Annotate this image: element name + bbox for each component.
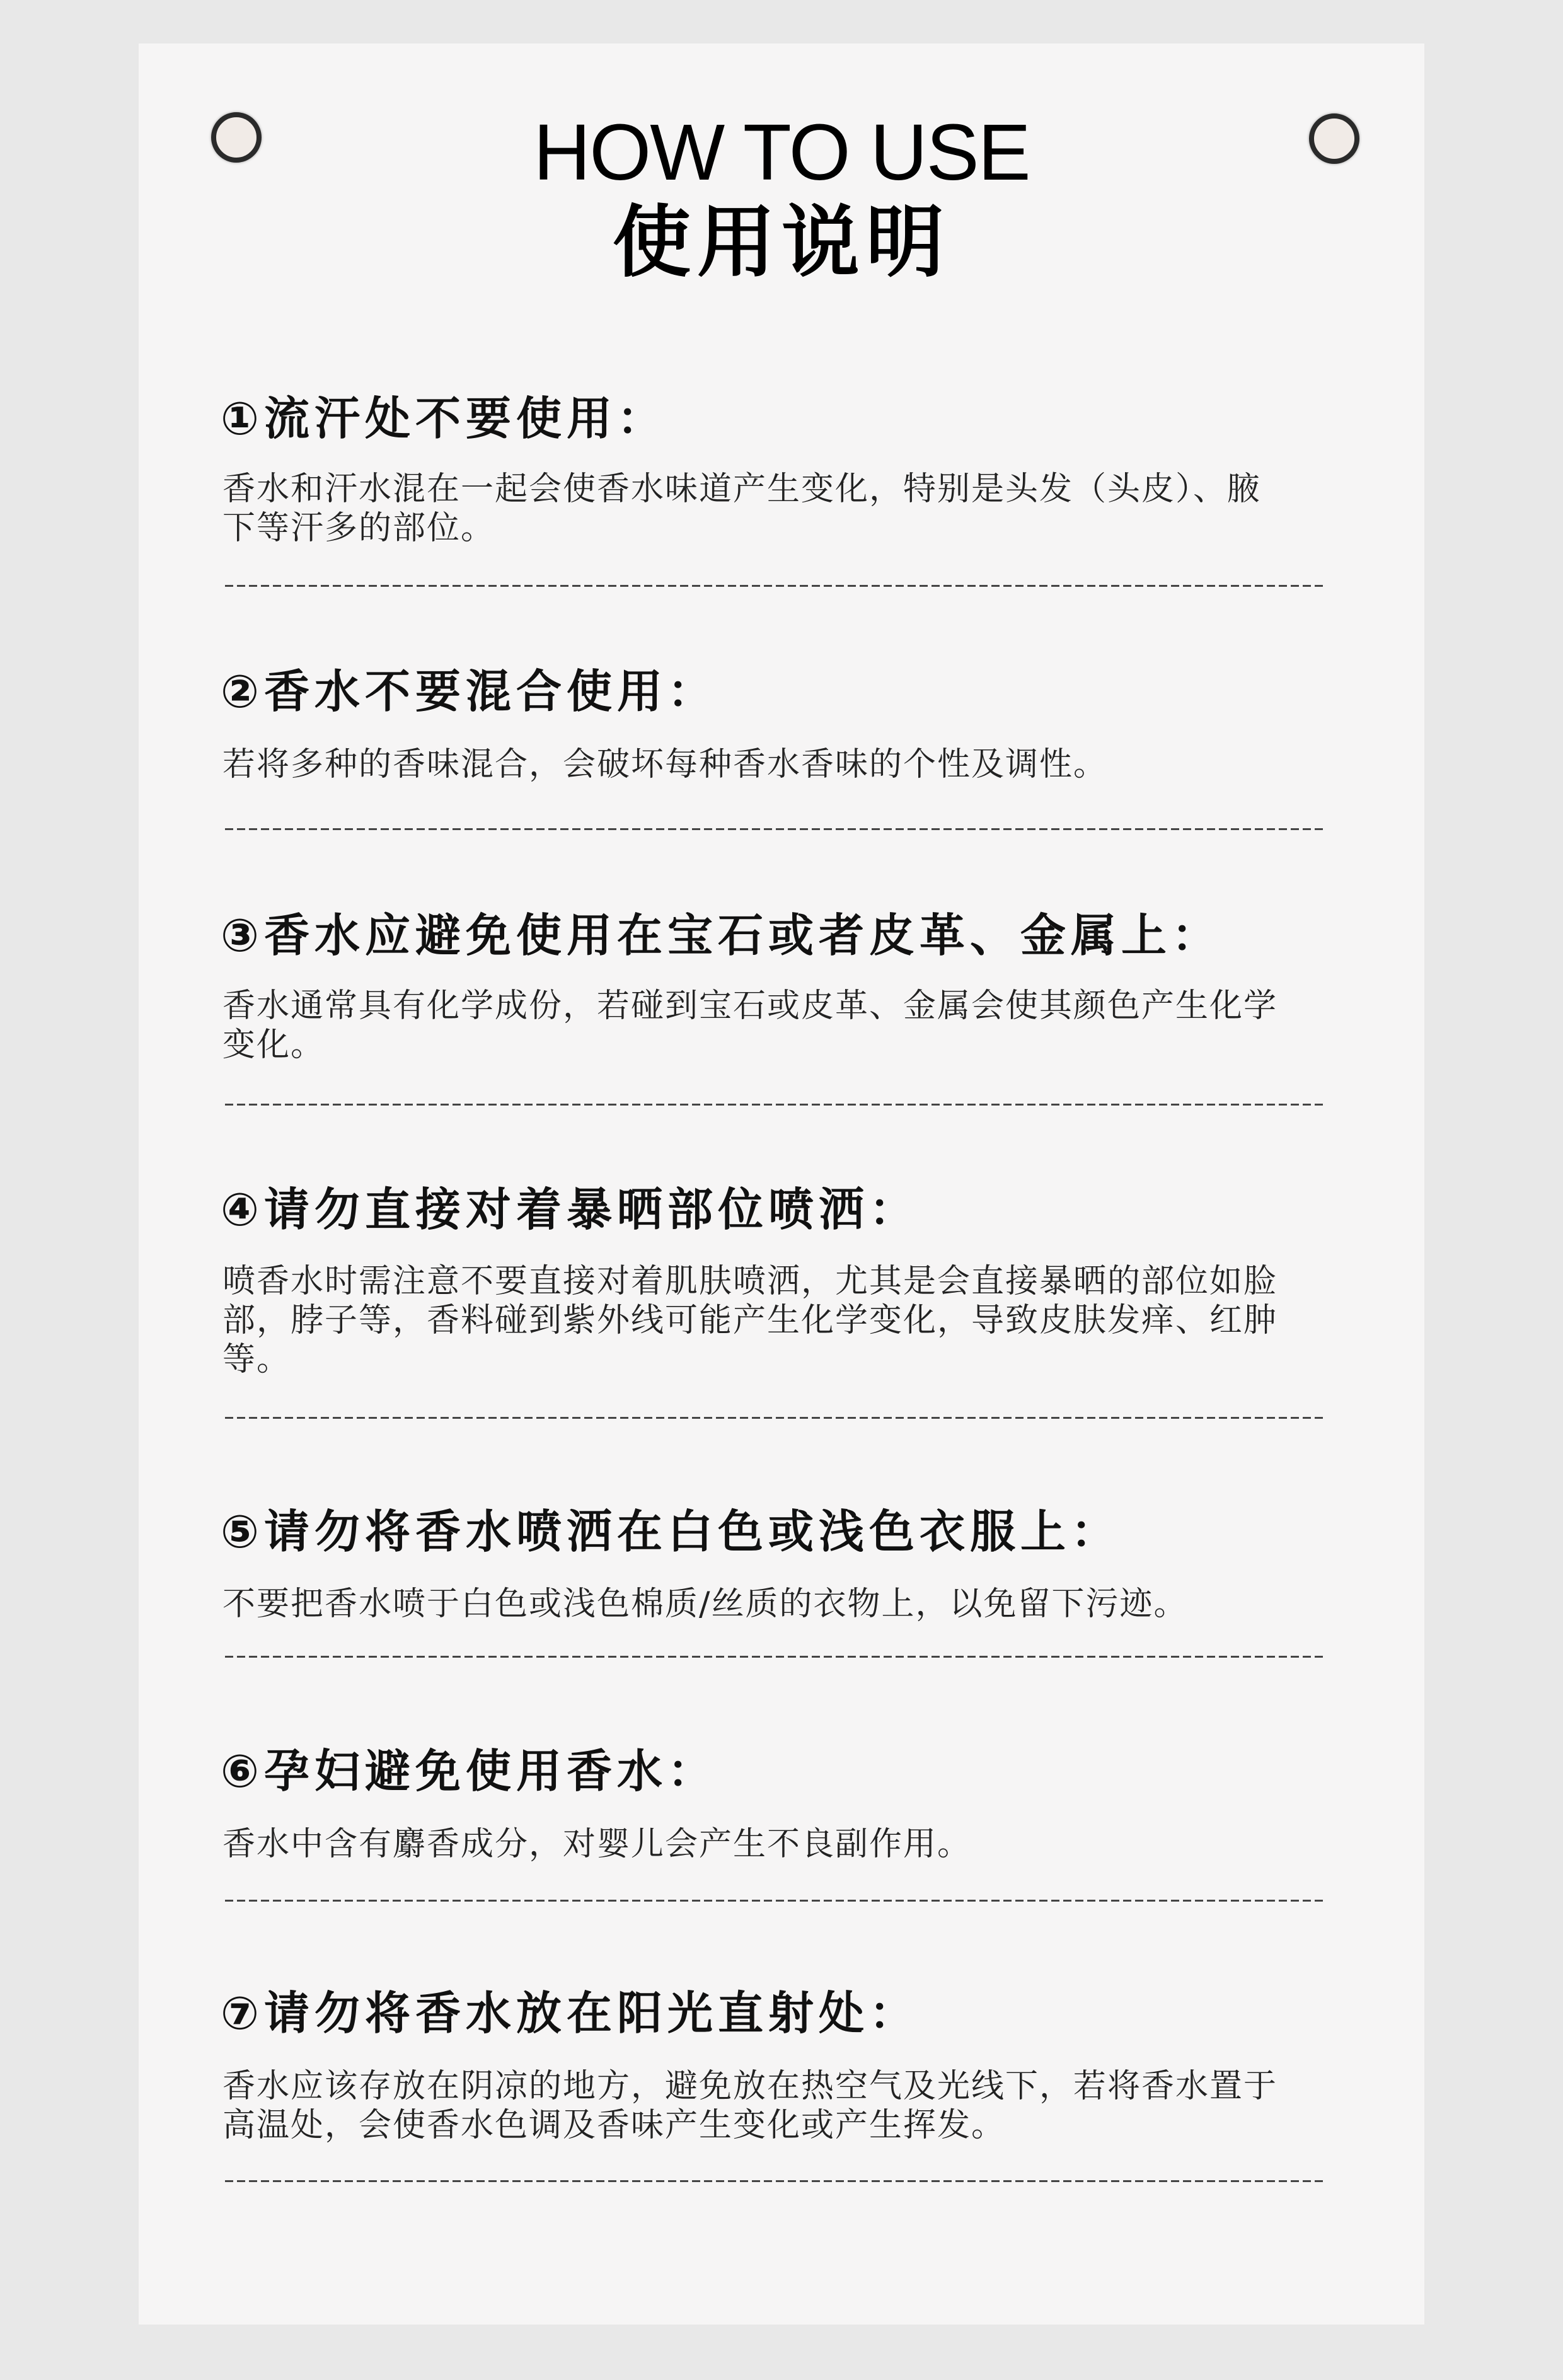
- section-body-5: 不要把香水喷于白色或浅色棉质/丝质的衣物上，以免留下污迹。: [222, 1585, 1344, 1624]
- section-body-4: 喷香水时需注意不要直接对着肌肤喷洒，尤其是会直接暴晒的部位如脸 部，脖子等，香料…: [222, 1262, 1344, 1379]
- dashed-divider: [225, 1656, 1324, 1658]
- page-title-english: HOW TO USE: [0, 108, 1563, 197]
- section-heading-3: ③香水应避免使用在宝石或者皮革、金属上：: [221, 910, 1222, 961]
- section-body-line: 高温处，会使香水色调及香味产生变化或产生挥发。: [222, 2106, 1344, 2145]
- dashed-divider: [225, 1104, 1324, 1106]
- section-body-line: 香水通常具有化学成份，若碰到宝石或皮革、金属会使其颜色产生化学: [222, 986, 1344, 1025]
- section-heading-7: ⑦请勿将香水放在阳光直射处：: [221, 1988, 920, 2038]
- section-body-2: 若将多种的香味混合，会破坏每种香水香味的个性及调性。: [222, 745, 1344, 784]
- dashed-divider: [225, 1417, 1324, 1419]
- section-body-line: 等。: [222, 1340, 1344, 1379]
- section-body-line: 部，脖子等，香料碰到紫外线可能产生化学变化，导致皮肤发痒、红肿: [222, 1301, 1344, 1340]
- dashed-divider: [225, 1900, 1324, 1902]
- section-body-3: 香水通常具有化学成份，若碰到宝石或皮革、金属会使其颜色产生化学 变化。: [222, 986, 1344, 1065]
- section-heading-2: ②香水不要混合使用：: [221, 666, 718, 717]
- dashed-divider: [225, 828, 1324, 830]
- section-body-line: 香水应该存放在阴凉的地方，避免放在热空气及光线下，若将香水置于: [222, 2067, 1344, 2106]
- section-body-line: 香水和汗水混在一起会使香水味道产生变化，特别是头发（头皮）、腋: [222, 470, 1344, 509]
- section-body-line: 变化。: [222, 1025, 1344, 1065]
- section-body-6: 香水中含有麝香成分，对婴儿会产生不良副作用。: [222, 1825, 1344, 1864]
- section-heading-4: ④请勿直接对着暴晒部位喷洒：: [221, 1184, 920, 1235]
- dashed-divider: [225, 585, 1324, 587]
- section-body-1: 香水和汗水混在一起会使香水味道产生变化，特别是头发（头皮）、腋 下等汗多的部位。: [222, 470, 1344, 548]
- section-body-7: 香水应该存放在阴凉的地方，避免放在热空气及光线下，若将香水置于 高温处，会使香水…: [222, 2067, 1344, 2145]
- section-heading-6: ⑥孕妇避免使用香水：: [221, 1746, 718, 1796]
- section-body-line: 香水中含有麝香成分，对婴儿会产生不良副作用。: [222, 1825, 1344, 1864]
- section-heading-5: ⑤请勿将香水喷洒在白色或浅色衣服上：: [221, 1506, 1121, 1557]
- section-body-line: 喷香水时需注意不要直接对着肌肤喷洒，尤其是会直接暴晒的部位如脸: [222, 1262, 1344, 1301]
- section-body-line: 下等汗多的部位。: [222, 509, 1344, 548]
- section-heading-1: ①流汗处不要使用：: [221, 393, 667, 444]
- page-title-chinese: 使用说明: [0, 195, 1563, 290]
- section-body-line: 若将多种的香味混合，会破坏每种香水香味的个性及调性。: [222, 745, 1344, 784]
- section-body-line: 不要把香水喷于白色或浅色棉质/丝质的衣物上，以免留下污迹。: [222, 1585, 1344, 1624]
- dashed-divider: [225, 2180, 1324, 2182]
